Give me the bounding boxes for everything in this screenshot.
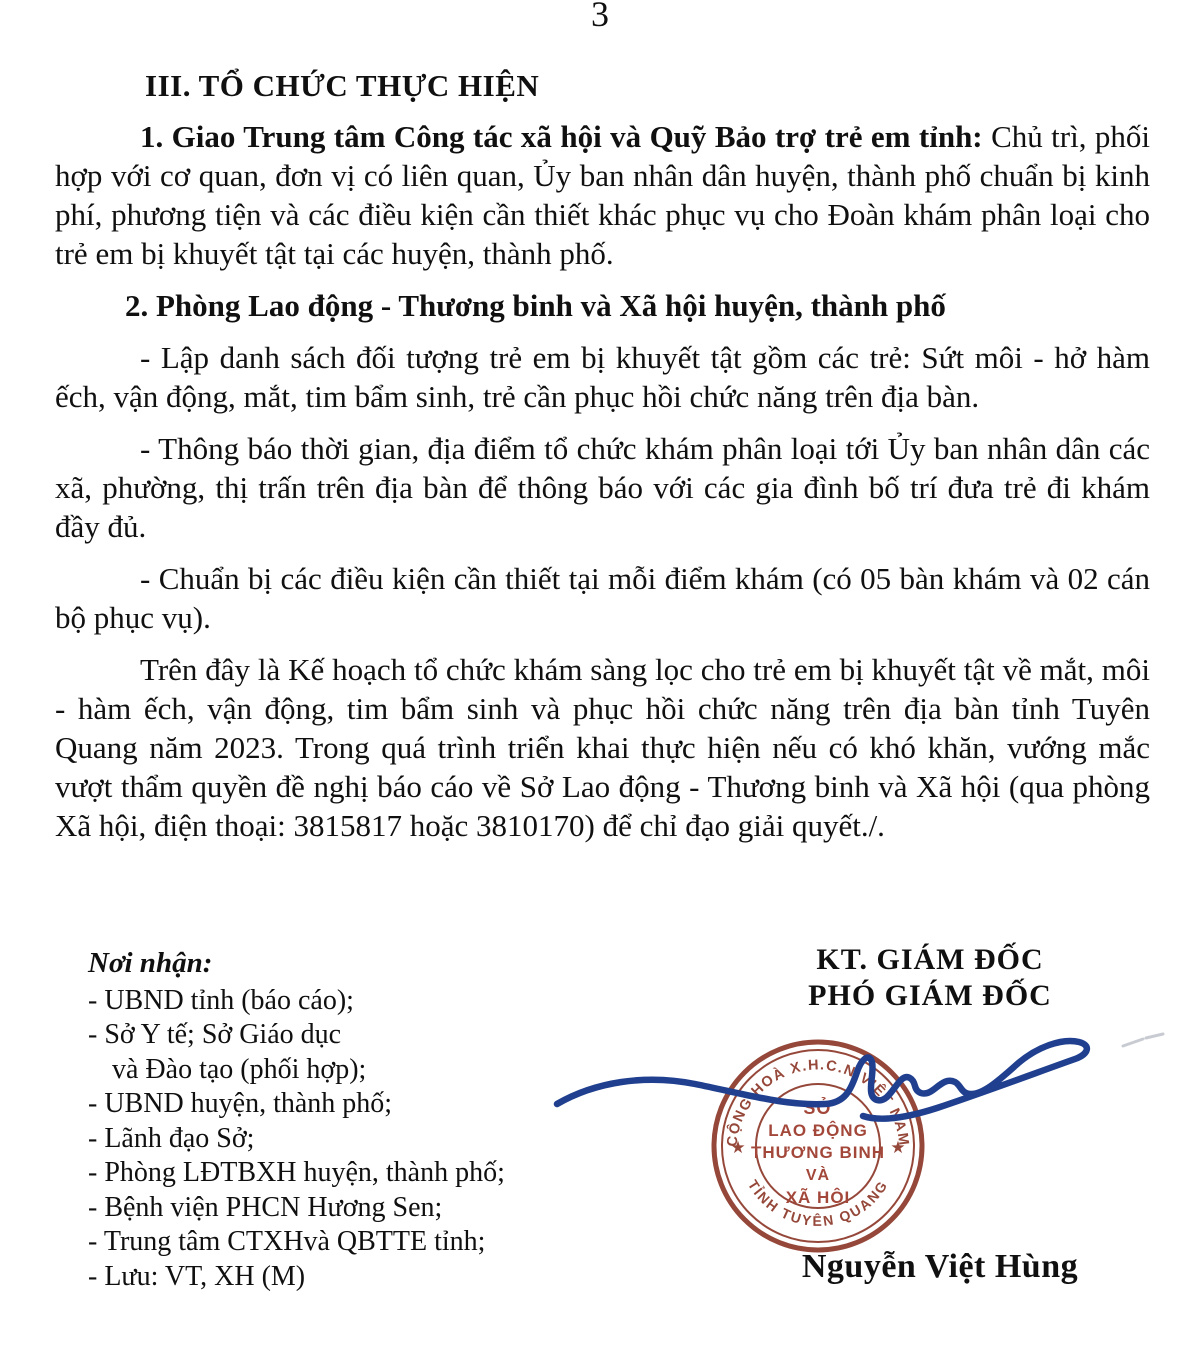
paragraph-1: 1. Giao Trung tâm Công tác xã hội và Quỹ… [55, 117, 1150, 273]
document-body: III. TỔ CHỨC THỰC HIỆN 1. Giao Trung tâm… [55, 66, 1150, 858]
stamp-center-line: VÀ [806, 1165, 830, 1184]
bullet-paragraph-2: - Thông báo thời gian, địa điểm tổ chức … [55, 429, 1150, 546]
signature-graphic [545, 1012, 1175, 1152]
recipient-item: - Trung tâm CTXHvà QBTTE tỉnh; [88, 1225, 588, 1260]
stamp-center-line: XÃ HỘI [786, 1187, 851, 1207]
subsection-heading-2: 2. Phòng Lao động - Thương binh và Xã hộ… [55, 286, 1150, 325]
signature-faint-marks [1123, 1034, 1163, 1046]
section-heading: III. TỔ CHỨC THỰC HIỆN [55, 66, 1150, 105]
signer-position-kt: KT. GIÁM ĐỐC [745, 942, 1115, 978]
recipient-item: - UBND huyện, thành phố; [88, 1087, 588, 1122]
recipient-item-continuation: và Đào tạo (phối hợp); [88, 1053, 588, 1088]
document-page: 3 III. TỔ CHỨC THỰC HIỆN 1. Giao Trung t… [0, 0, 1200, 1371]
handwritten-signature [545, 1012, 1175, 1152]
recipient-item: - Lãnh đạo Sở; [88, 1122, 588, 1157]
recipients-block: Nơi nhận: - UBND tỉnh (báo cáo); - Sở Y … [88, 946, 588, 1294]
recipient-item: - UBND tỉnh (báo cáo); [88, 984, 588, 1019]
signature-stroke [557, 1041, 1087, 1119]
paragraph-1-lead: 1. Giao Trung tâm Công tác xã hội và Quỹ… [140, 119, 983, 154]
recipients-label: Nơi nhận: [88, 946, 588, 981]
bullet-paragraph-1: - Lập danh sách đối tượng trẻ em bị khuy… [55, 338, 1150, 416]
recipient-item: - Phòng LĐTBXH huyện, thành phố; [88, 1156, 588, 1191]
signer-name: Nguyễn Việt Hùng [770, 1248, 1110, 1286]
signer-position-deputy: PHÓ GIÁM ĐỐC [745, 978, 1115, 1014]
bullet-paragraph-3: - Chuẩn bị các điều kiện cần thiết tại m… [55, 559, 1150, 637]
closing-paragraph: Trên đây là Kế hoạch tổ chức khám sàng l… [55, 650, 1150, 845]
signature-titles: KT. GIÁM ĐỐC PHÓ GIÁM ĐỐC [745, 942, 1115, 1014]
recipient-item: - Lưu: VT, XH (M) [88, 1260, 588, 1295]
recipient-item: - Sở Y tế; Sở Giáo dục [88, 1018, 588, 1053]
page-number: 3 [0, 0, 1200, 34]
recipient-item: - Bệnh viện PHCN Hương Sen; [88, 1191, 588, 1226]
